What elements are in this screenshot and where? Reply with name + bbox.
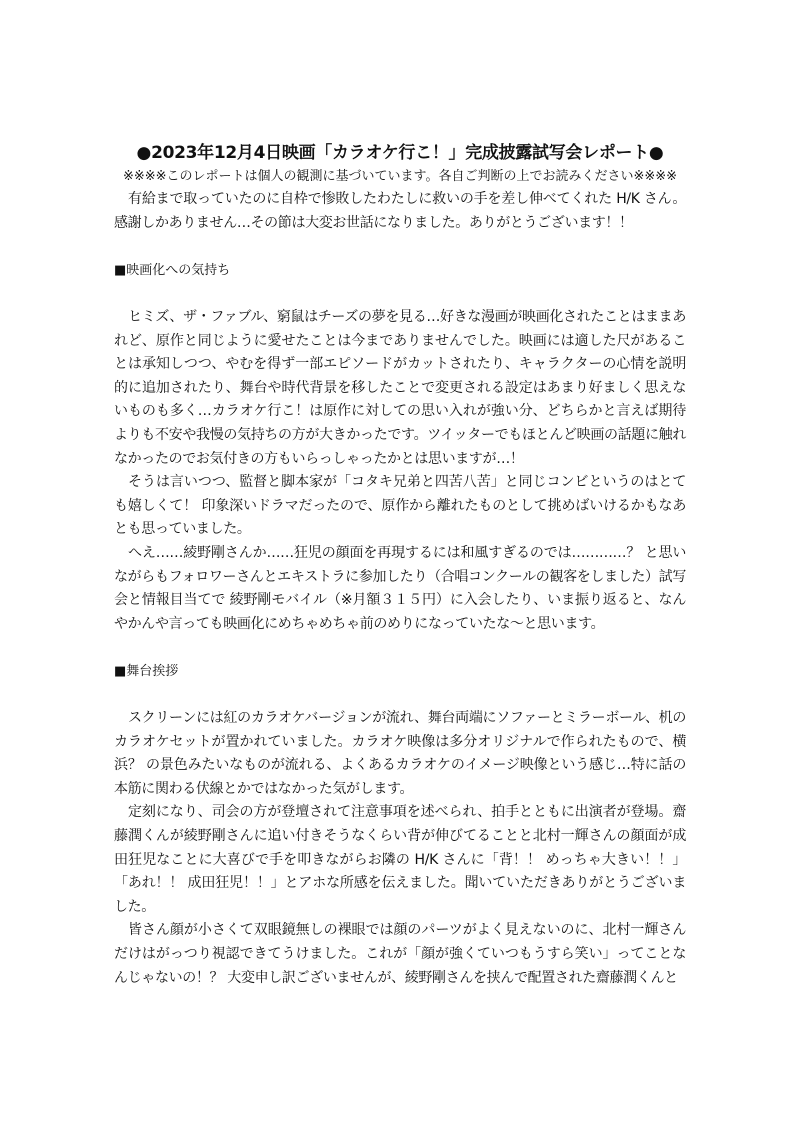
blank-line	[114, 636, 686, 660]
blank-line	[114, 683, 686, 707]
paragraph: そうは言いつつ、監督と脚本家が「コタキ兄弟と四苦八苦」と同じコンビというのはとて…	[114, 471, 686, 542]
section-heading-adaptation: ■映画化への気持ち	[114, 259, 686, 283]
paragraph: 皆さん顔が小さくて双眼鏡無しの裸眼では顔のパーツがよく見えないのに、北村一輝さん…	[114, 919, 686, 990]
blank-line	[114, 282, 686, 306]
page-title: ●2023年12月4日映画「カラオケ行こ！」完成披露試写会レポート●	[114, 140, 686, 166]
disclaimer-note: ※※※※このレポートは個人の観測に基づいています。各自ご判断の上でお読みください…	[114, 166, 686, 188]
intro-paragraph: 有給まで取っていたのに自枠で惨敗したわたしに救いの手を差し伸べてくれた H/K …	[114, 188, 686, 235]
paragraph: ヒミズ、ザ・ファブル、窮鼠はチーズの夢を見る…好きな漫画が映画化されたことはまま…	[114, 306, 686, 471]
blank-line	[114, 235, 686, 259]
paragraph: 定刻になり、司会の方が登壇されて注意事項を述べられ、拍手とともに出演者が登場。齋…	[114, 801, 686, 919]
paragraph: へえ……綾野剛さんか……狂児の顔面を再現するには和風すぎるのでは…………？ と思…	[114, 542, 686, 636]
paragraph: スクリーンには紅のカラオケバージョンが流れ、舞台両端にソファーとミラーボール、机…	[114, 707, 686, 801]
section-heading-stage-greeting: ■舞台挨拶	[114, 660, 686, 684]
document-page: ●2023年12月4日映画「カラオケ行こ！」完成披露試写会レポート● ※※※※こ…	[114, 140, 686, 990]
